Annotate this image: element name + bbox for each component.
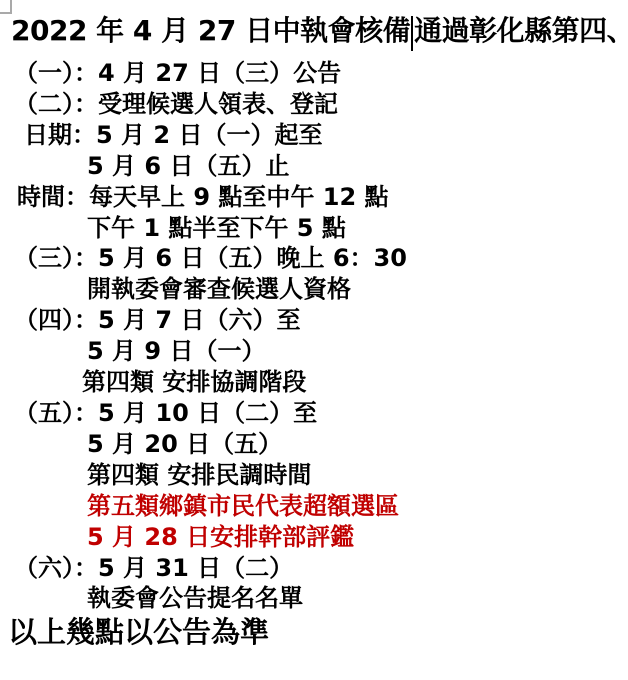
doc-line: 時間：每天早上 9 點至中午 12 點	[0, 182, 628, 213]
doc-line: （四）：5 月 7 日（六）至	[0, 305, 628, 336]
doc-line: （五）：5 月 10 日（二）至	[0, 398, 628, 429]
table-corner-mark	[0, 0, 12, 14]
page-title: 2022 年 4 月 27 日中執會核備通過彰化縣第四、五類	[11, 14, 628, 49]
doc-line: 第四類 安排民調時間	[0, 460, 628, 491]
doc-line: 5 月 9 日（一）	[0, 336, 628, 367]
doc-line: （六）：5 月 31 日（二）	[0, 553, 628, 584]
title-text-after-caret: 通過彰化縣第四、五類	[414, 14, 628, 47]
doc-line: （一）：4 月 27 日（三）公告	[0, 58, 628, 89]
doc-line: 第四類 安排協調階段	[0, 367, 628, 398]
doc-line: （二）：受理候選人領表、登記	[0, 89, 628, 120]
doc-line: 開執委會審查候選人資格	[0, 274, 628, 305]
doc-line: （三）：5 月 6 日（五）晚上 6：30	[0, 243, 628, 274]
doc-line: 下午 1 點半至下午 5 點	[0, 213, 628, 244]
doc-line-highlighted: 第五類鄉鎮市民代表超額選區	[0, 491, 628, 522]
doc-line: 日期：5 月 2 日（一）起至	[0, 120, 628, 151]
document-body[interactable]: （一）：4 月 27 日（三）公告 （二）：受理候選人領表、登記 日期：5 月 …	[0, 58, 628, 614]
doc-line-highlighted: 5 月 28 日安排幹部評鑑	[0, 522, 628, 553]
doc-line: 5 月 6 日（五）止	[0, 151, 628, 182]
title-text-before-caret: 2022 年 4 月 27 日中執會核備	[11, 14, 410, 47]
footer-note: 以上幾點以公告為準	[8, 612, 269, 652]
text-cursor-caret	[411, 16, 413, 51]
doc-line: 5 月 20 日（五）	[0, 429, 628, 460]
doc-line: 執委會公告提名名單	[0, 583, 628, 614]
